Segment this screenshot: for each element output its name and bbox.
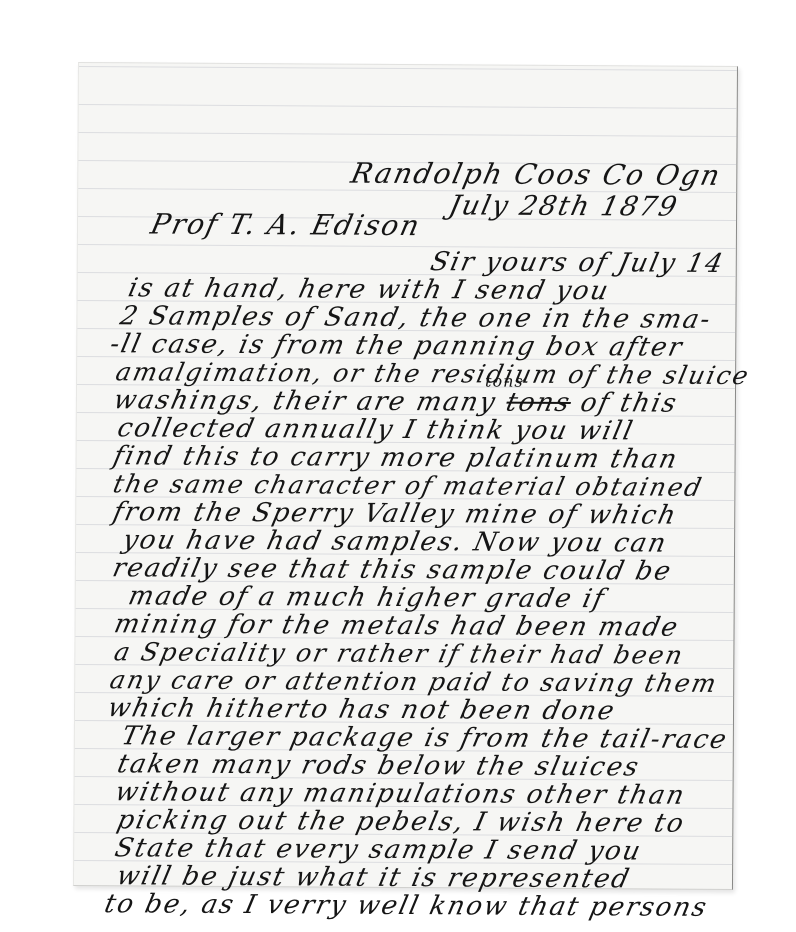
date-line: July 28th 1879 [446, 191, 681, 222]
body-line-6-end: of this [578, 388, 681, 419]
salutation-name: Prof T. A. Edison [148, 209, 424, 241]
place-line: Randolph Coos Co Ogn [348, 159, 724, 191]
letter-page: Randolph Coos Co Ogn July 28th 1879 Prof… [73, 62, 738, 890]
interlinear-insertion: tons [485, 371, 524, 390]
handwriting: Randolph Coos Co Ogn July 28th 1879 Prof… [74, 63, 737, 889]
body-line-24: to be, as I verry well know that persons [102, 889, 711, 923]
struck-word: tons [503, 388, 574, 418]
body-line-1: Sir yours of July 14 [428, 247, 728, 279]
